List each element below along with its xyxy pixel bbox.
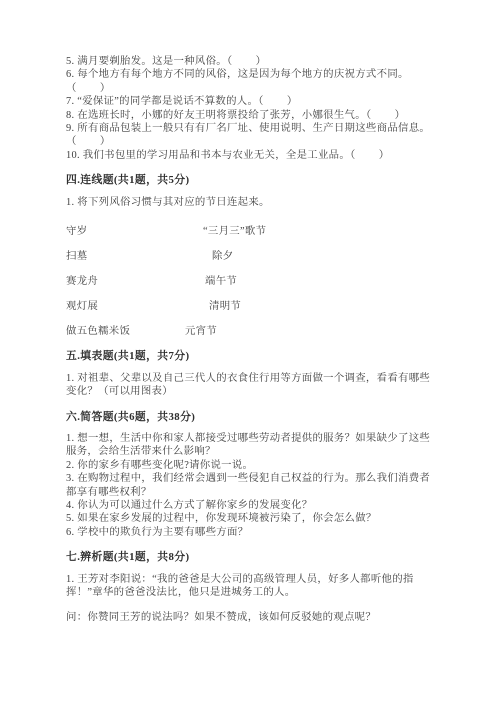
true-false-list: 5. 满月要剃胎发。这是一种风俗。（ ） 6. 每个地方有每个地方不同的风俗，这…	[66, 55, 438, 162]
true-false-item: 6. 每个地方有每个地方不同的风俗，这是因为每个地方的庆祝方式不同。（ ）	[66, 68, 438, 95]
true-false-item: 5. 满月要剃胎发。这是一种风俗。（ ）	[66, 55, 438, 68]
section-analysis: 七.辨析题(共1题，共8分) 1. 王芳对李阳说：“我的爸爸是大公司的高级管理人…	[66, 551, 438, 625]
true-false-item: 8. 在选班长时，小娜的好友王明将票投给了张芳，小娜很生气。（ ）	[66, 109, 438, 122]
matching-left-item: 观灯展	[66, 301, 98, 312]
section-analysis-title: 七.辨析题(共1题，共8分)	[66, 551, 438, 564]
section-fill-table-title: 五.填表题(共1题，共7分)	[66, 350, 438, 363]
true-false-item: 9. 所有商品包装上一般只有有厂名厂址、使用说明、生产日期这些商品信息。（ ）	[66, 122, 438, 149]
short-answer-item: 5. 如果在家乡发展的过程中，你发现环境被污染了，你会怎么做？	[66, 512, 438, 525]
short-answer-item: 2. 你的家乡有哪些变化呢?请你说一说。	[66, 459, 438, 472]
matching-pair: 做五色糯米饭 元宵节	[66, 325, 438, 338]
section-short-answer: 六.简答题(共6题，共38分) 1. 想一想，生活中你和家人都接受过哪些劳动者提…	[66, 411, 438, 540]
section-short-answer-title: 六.简答题(共6题，共38分)	[66, 411, 438, 424]
matching-right-item: 元宵节	[185, 325, 217, 338]
matching-right-item: “三月三”歌节	[203, 225, 266, 238]
matching-left-item: 守岁	[66, 226, 87, 237]
section-matching: 四.连线题(共1题，共5分) 1. 将下列风俗习惯与其对应的节日连起来。 守岁 …	[66, 174, 438, 338]
matching-right-item: 除夕	[212, 250, 233, 263]
analysis-question: 问：你赞同王芳的说法吗？如果不赞成，该如何反驳她的观点呢？	[66, 611, 438, 624]
matching-pair: 守岁 “三月三”歌节	[66, 225, 438, 238]
section-matching-intro: 1. 将下列风俗习惯与其对应的节日连起来。	[66, 196, 438, 209]
true-false-item: 10. 我们书包里的学习用品和书本与农业无关，全是工业品。（ ）	[66, 149, 438, 162]
exam-paper-page: 5. 满月要剃胎发。这是一种风俗。（ ） 6. 每个地方有每个地方不同的风俗，这…	[0, 0, 500, 707]
analysis-statement: 1. 王芳对李阳说：“我的爸爸是大公司的高级管理人员，好多人都听他的指挥！”章华…	[66, 573, 438, 600]
section-fill-table: 五.填表题(共1题，共7分) 1. 对祖辈、父辈以及自己三代人的衣食住行用等方面…	[66, 350, 438, 398]
matching-pair: 赛龙舟 端午节	[66, 275, 438, 288]
matching-pair: 观灯展 清明节	[66, 300, 438, 313]
matching-left-item: 赛龙舟	[66, 276, 98, 287]
short-answer-item: 4. 你认为可以通过什么方式了解你家乡的发展变化？	[66, 499, 438, 512]
matching-right-item: 端午节	[205, 275, 237, 288]
matching-pair: 扫墓 除夕	[66, 250, 438, 263]
short-answer-item: 1. 想一想，生活中你和家人都接受过哪些劳动者提供的服务？如果缺少了这些服务，会…	[66, 432, 438, 459]
matching-left-item: 扫墓	[66, 251, 87, 262]
matching-pairs: 守岁 “三月三”歌节 扫墓 除夕 赛龙舟 端午节 观灯展 清明节 做五色糯米饭 …	[66, 225, 438, 338]
matching-left-item: 做五色糯米饭	[66, 326, 130, 337]
short-answer-item: 6. 学校中的欺负行为主要有哪些方面？	[66, 526, 438, 539]
section-matching-title: 四.连线题(共1题，共5分)	[66, 174, 438, 187]
true-false-item: 7. “爱保证”的同学都是说话不算数的人。（ ）	[66, 95, 438, 108]
short-answer-item: 3. 在购物过程中，我们经常会遇到一些侵犯自己权益的行为。那么我们消费者都享有哪…	[66, 472, 438, 499]
matching-right-item: 清明节	[209, 300, 241, 313]
fill-table-item: 1. 对祖辈、父辈以及自己三代人的衣食住行用等方面做一个调查，看看有哪些变化？（…	[66, 372, 438, 399]
